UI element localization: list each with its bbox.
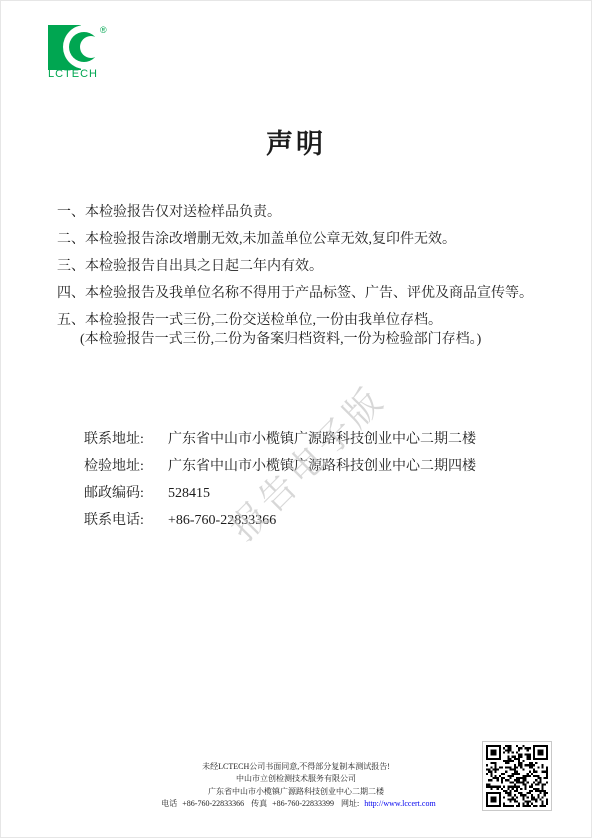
qr-code-canvas <box>486 745 548 807</box>
statement-number: 二、 <box>57 232 85 247</box>
contact-row: 联系电话: +86-760-22833366 <box>84 507 476 534</box>
statement-item: 三、本检验报告自出具之日起二年内有效。 <box>57 253 552 280</box>
contact-label: 联系地址: <box>84 426 168 453</box>
footer-fax: +86-760-22833399 <box>272 799 334 808</box>
statement-item: 四、本检验报告及我单位名称不得用于产品标签、广告、评优及商品宣传等。 <box>57 280 552 307</box>
registered-trademark-symbol: ® <box>100 25 107 35</box>
qr-code <box>482 741 552 811</box>
page-title: 声明 <box>0 122 592 161</box>
footer-phone-label: 电话 <box>161 799 177 808</box>
contact-value: 广东省中山市小榄镇广源路科技创业中心二期四楼 <box>168 453 476 480</box>
statements-list: 一、本检验报告仅对送检样品负责。 二、本检验报告涂改增删无效,未加盖单位公章无效… <box>57 199 552 349</box>
footer-url[interactable]: http://www.lccert.com <box>364 799 435 808</box>
contact-block: 联系地址: 广东省中山市小榄镇广源路科技创业中心二期二楼 检验地址: 广东省中山… <box>84 426 476 534</box>
statement-number: 五、 <box>57 313 85 328</box>
contact-label: 检验地址: <box>84 453 168 480</box>
contact-label: 邮政编码: <box>84 480 168 507</box>
statement-number: 四、 <box>57 286 85 301</box>
lctech-logo: ® LCTECH <box>48 24 118 84</box>
statement-text: 本检验报告仅对送检样品负责。 <box>85 205 281 220</box>
statement-item: 一、本检验报告仅对送检样品负责。 <box>57 199 552 226</box>
contact-value: 广东省中山市小榄镇广源路科技创业中心二期二楼 <box>168 426 476 453</box>
statement-note: (本检验报告一式三份,二份为备案归档资料,一份为检验部门存档。) <box>57 330 552 349</box>
footer-web-label: 网址: <box>341 799 359 808</box>
statement-number: 三、 <box>57 259 85 274</box>
statement-number: 一、 <box>57 205 85 220</box>
contact-row: 联系地址: 广东省中山市小榄镇广源路科技创业中心二期二楼 <box>84 426 476 453</box>
statement-text: 本检验报告涂改增删无效,未加盖单位公章无效,复印件无效。 <box>85 232 456 247</box>
contact-label: 联系电话: <box>84 507 168 534</box>
contact-value: 528415 <box>168 480 210 507</box>
footer-phone: +86-760-22833366 <box>182 799 244 808</box>
footer-fax-label: 传真 <box>251 799 267 808</box>
statement-text: 本检验报告自出具之日起二年内有效。 <box>85 259 323 274</box>
contact-row: 邮政编码: 528415 <box>84 480 476 507</box>
report-page: ® LCTECH 声明 一、本检验报告仅对送检样品负责。 二、本检验报告涂改增删… <box>0 0 592 838</box>
contact-value: +86-760-22833366 <box>168 507 276 534</box>
lctech-logo-icon <box>48 24 118 72</box>
statement-item: 二、本检验报告涂改增删无效,未加盖单位公章无效,复印件无效。 <box>57 226 552 253</box>
statement-text: 本检验报告及我单位名称不得用于产品标签、广告、评优及商品宣传等。 <box>85 286 533 301</box>
statement-text: 本检验报告一式三份,二份交送检单位,一份由我单位存档。 <box>85 313 442 328</box>
brand-name: LCTECH <box>48 68 98 80</box>
contact-row: 检验地址: 广东省中山市小榄镇广源路科技创业中心二期四楼 <box>84 453 476 480</box>
